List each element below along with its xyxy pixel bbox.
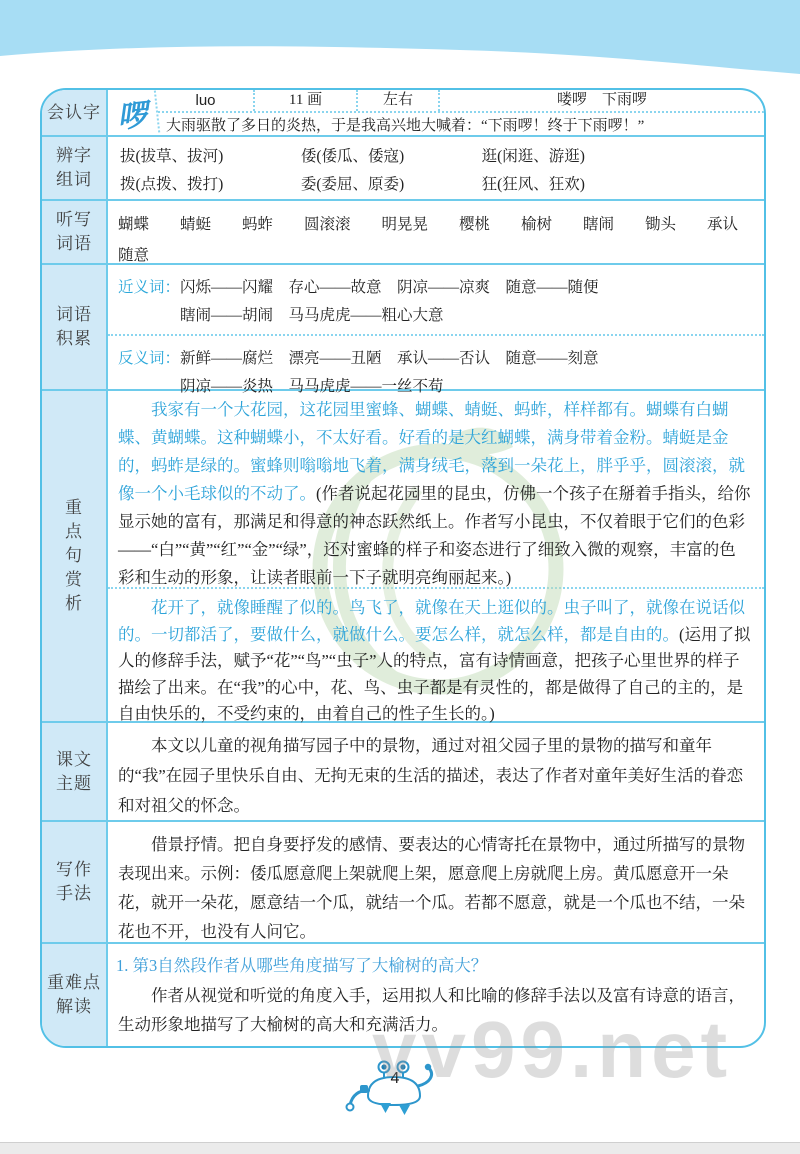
page-bottom-edge [0, 1142, 800, 1154]
key-answer: 作者从视觉和听觉的角度入手，运用拟人和比喻的修辞手法以及富有诗意的语言，生动形象… [108, 979, 764, 1039]
section-shoufa: 写作 手法 借景抒情。把自身要抒发的感情、要表达的心情寄托在景物中，通过所描写的… [42, 822, 764, 944]
page-number: 4 [386, 1070, 404, 1088]
study-table: 会认字 啰 luo 11 画 左右 喽啰 下雨啰 大雨驱散了多日的炎热，于是我高… [40, 88, 766, 1048]
section-zhuti: 课文 主题 本文以儿童的视角描写园子中的景物，通过对祖父园子里的景物的描写和童年… [42, 723, 764, 822]
quote-text-2: 花开了，就像睡醒了似的。鸟飞了，就像在天上逛似的。虫子叫了，就像在说话似的。一切… [118, 598, 745, 644]
section-label-ciyu: 词语 积累 [42, 265, 108, 389]
example-words-cell: 喽啰 下雨啰 [438, 90, 764, 111]
section-label-zhuti: 课文 主题 [42, 723, 108, 820]
section-label-shangxi: 重 点 句 赏 析 [42, 391, 108, 721]
synonyms-block: 近义词：闪烁——闪耀 存心——故意 阴凉——凉爽 随意——随便 瞎闹——胡闹 马… [108, 265, 764, 336]
section-label-jiedu: 重难点 解读 [42, 944, 108, 1046]
section-label-tingxie: 听写 词语 [42, 201, 108, 263]
synonyms-label: 近义词： [118, 279, 180, 296]
stroke-count-cell: 11 画 [253, 90, 356, 111]
technique-text: 借景抒情。把自身要抒发的感情、要表达的心情寄托在景物中，通过所描写的景物表现出来… [108, 822, 764, 946]
section-bianzi: 辨字 组词 拔(拔草、拔河) 倭(倭瓜、倭寇) 逛(闲逛、游逛) 拨(点拨、拨打… [42, 137, 764, 201]
sentence-analysis-1: 我家有一个大花园，这花园里蜜蜂、蝴蝶、蜻蜓、蚂蚱，样样都有。蝴蝶有白蝴蝶、黄蝴蝶… [108, 391, 764, 589]
tingxie-words: 蝴蝶 蜻蜓 蚂蚱 圆滚滚 明晃晃 樱桃 榆树 瞎闹 锄头 承认 随意 [108, 201, 764, 271]
key-question: 1. 第3自然段作者从哪些角度描写了大榆树的高大？ [108, 944, 764, 979]
section-shangxi: 重 点 句 赏 析 我家有一个大花园，这花园里蜜蜂、蝴蝶、蜻蜓、蚂蚱，样样都有。… [42, 391, 764, 723]
antonyms-text: 新鲜——腐烂 漂亮——丑陋 承认——否认 随意——刻意 阴凉——炎热 马马虎虎—… [180, 350, 599, 395]
top-wave-decoration [0, 0, 800, 100]
section-label-shoufa: 写作 手法 [42, 822, 108, 942]
section-tingxie: 听写 词语 蝴蝶 蜻蜓 蚂蚱 圆滚滚 明晃晃 樱桃 榆树 瞎闹 锄头 承认 随意 [42, 201, 764, 265]
synonyms-text: 闪烁——闪耀 存心——故意 阴凉——凉爽 随意——随便 瞎闹——胡闹 马马虎虎—… [180, 279, 599, 324]
structure-cell: 左右 [356, 90, 438, 111]
theme-text: 本文以儿童的视角描写园子中的景物，通过对祖父园子里的景物的描写和童年的“我”在园… [108, 723, 764, 821]
page-number-mascot: 4 [338, 1056, 448, 1116]
example-sentence: 大雨驱散了多日的炎热，于是我高兴地大喊着：“下雨啰！终于下雨啰！” [158, 113, 764, 135]
bianzi-words: 拔(拔草、拔河) 倭(倭瓜、倭寇) 逛(闲逛、游逛) 拨(点拨、拨打) 委(委屈… [108, 137, 764, 199]
pinyin-cell: luo [158, 90, 253, 111]
section-jiedu: 重难点 解读 1. 第3自然段作者从哪些角度描写了大榆树的高大？ 作者从视觉和听… [42, 944, 764, 1046]
new-character: 啰 [106, 88, 160, 137]
section-renzi: 会认字 啰 luo 11 画 左右 喽啰 下雨啰 大雨驱散了多日的炎热，于是我高… [42, 90, 764, 137]
antonyms-label: 反义词： [118, 350, 180, 367]
section-ciyu: 词语 积累 近义词：闪烁——闪耀 存心——故意 阴凉——凉爽 随意——随便 瞎闹… [42, 265, 764, 391]
section-label-bianzi: 辨字 组词 [42, 137, 108, 199]
section-label-renzi: 会认字 [42, 90, 108, 135]
sentence-analysis-2: 花开了，就像睡醒了似的。鸟飞了，就像在天上逛似的。虫子叫了，就像在说话似的。一切… [108, 589, 764, 728]
